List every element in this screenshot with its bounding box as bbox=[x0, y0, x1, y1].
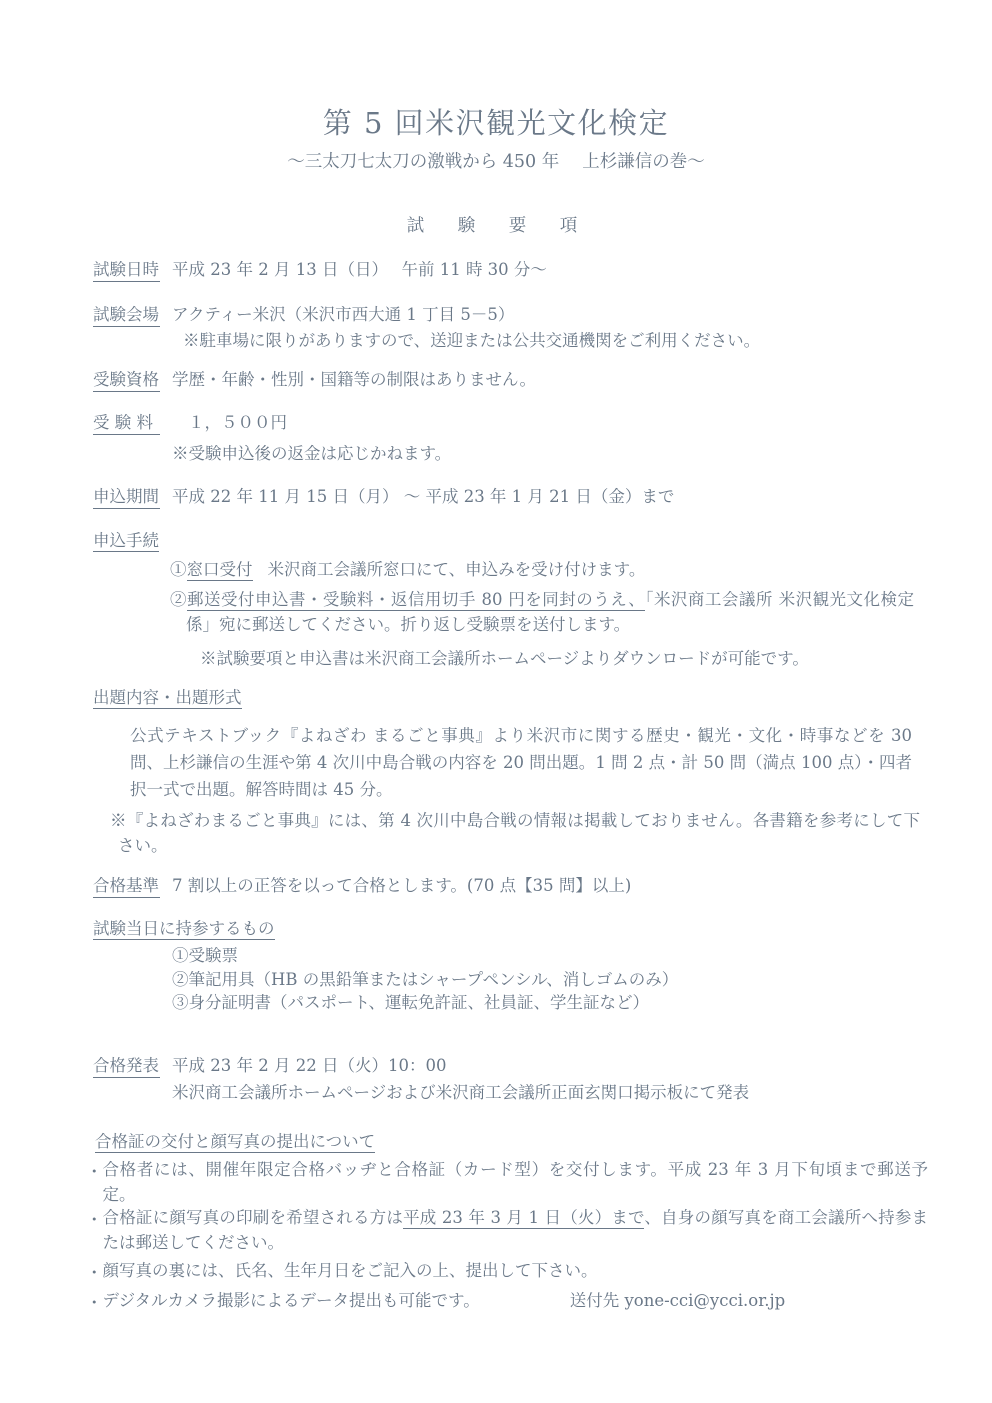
results-value-column: 平成 23 年 2 月 22 日（火）10：00 米沢商工会議所ホームページおよ… bbox=[172, 1052, 749, 1106]
bullet-marker: ・ bbox=[86, 1289, 103, 1313]
certificate-bullet-photo-deadline-text: 合格証に顔写真の印刷を希望される方は平成 23 年 3 月 1 日（火）まで、自… bbox=[103, 1206, 929, 1255]
document-page: 第 5 回米沢観光文化検定 ～三太刀七太刀の激戦から 450 年 上杉謙信の巻～… bbox=[0, 0, 992, 1403]
procedure-mail-title: 郵送受付 bbox=[187, 590, 255, 611]
application-period-label: 申込期間 bbox=[93, 483, 160, 509]
exam-datetime-value: 平成 23 年 2 月 13 日（日） 午前 11 時 30 分～ bbox=[172, 256, 547, 280]
certificate-bullet-digital-data: ・ デジタルカメラ撮影によるデータ提出も可能です。送付先 yone-cci@yc… bbox=[86, 1289, 966, 1314]
row-exam-venue: 試験会場 アクティー米沢（米沢市西大通 1 丁目 5－5） bbox=[93, 301, 514, 327]
section-heading-exam-guidelines: 試 験 要 項 bbox=[0, 212, 992, 237]
digital-data-text: デジタルカメラ撮影によるデータ提出も可能です。 bbox=[103, 1291, 480, 1310]
row-application-period: 申込期間 平成 22 年 11 月 15 日（月） ～ 平成 23 年 1 月 … bbox=[93, 483, 674, 509]
fee-note: ※受験申込後の返金は応じかねます。 bbox=[172, 440, 451, 464]
document-title: 第 5 回米沢観光文化検定 bbox=[0, 101, 992, 142]
bullet-marker: ・ bbox=[86, 1158, 103, 1182]
eligibility-value: 学歴・年齢・性別・国籍等の制限はありません。 bbox=[172, 366, 536, 390]
bring-items-section: 試験当日に持参するもの bbox=[93, 915, 275, 939]
certificate-bullet-badge: ・ 合格者には、開催年限定合格バッヂと合格証（カード型）を交付します。平成 23… bbox=[86, 1158, 928, 1207]
question-format-section: 出題内容・出題形式 bbox=[93, 684, 242, 708]
row-exam-datetime: 試験日時 平成 23 年 2 月 13 日（日） 午前 11 時 30 分～ bbox=[93, 256, 547, 282]
bullet-marker: ・ bbox=[86, 1259, 103, 1283]
procedure-mail-item: ②郵送受付申込書・受験料・返信用切手 80 円を同封のうえ、「米沢商工会議所 米… bbox=[170, 588, 914, 637]
exam-datetime-label: 試験日時 bbox=[93, 256, 160, 282]
row-passing-criteria: 合格基準 7 割以上の正答を以って合格とします。(70 点【35 問】以上) bbox=[93, 872, 631, 898]
fee-label: 受 験 料 bbox=[93, 409, 160, 435]
fee-value: １，５００円 bbox=[188, 409, 287, 433]
results-place: 米沢商工会議所ホームページおよび米沢商工会議所正面玄関口掲示板にて発表 bbox=[172, 1079, 749, 1106]
row-eligibility: 受験資格 学歴・年齢・性別・国籍等の制限はありません。 bbox=[93, 366, 536, 392]
certificate-bullet-digital-data-text: デジタルカメラ撮影によるデータ提出も可能です。送付先 yone-cci@ycci… bbox=[103, 1289, 967, 1314]
bring-items-list: ①受験票 ②筆記用具（HB の黒鉛筆またはシャープペンシル、消しゴムのみ） ③身… bbox=[172, 944, 678, 1015]
passing-criteria-value: 7 割以上の正答を以って合格とします。(70 点【35 問】以上) bbox=[172, 872, 631, 896]
photo-deadline-underlined-date: 平成 23 年 3 月 1 日（火）まで bbox=[403, 1208, 644, 1229]
exam-venue-value: アクティー米沢（米沢市西大通 1 丁目 5－5） bbox=[172, 301, 514, 325]
document-subtitle: ～三太刀七太刀の激戦から 450 年 上杉謙信の巻～ bbox=[0, 148, 992, 173]
certificate-heading: 合格証の交付と顔写真の提出について bbox=[95, 1132, 375, 1153]
certificate-bullet-photo-back: ・ 顔写真の裏には、氏名、生年月日をご記入の上、提出して下さい。 bbox=[86, 1259, 928, 1284]
results-label: 合格発表 bbox=[93, 1052, 160, 1078]
passing-criteria-label: 合格基準 bbox=[93, 872, 160, 898]
bring-items-label: 試験当日に持参するもの bbox=[93, 919, 275, 940]
question-format-paragraph: 公式テキストブック『よねざわ まるごと事典』より米沢市に関する歴史・観光・文化・… bbox=[130, 722, 912, 803]
application-procedure-label: 申込手続 bbox=[93, 531, 159, 552]
question-format-label: 出題内容・出題形式 bbox=[93, 688, 242, 709]
photo-deadline-pre: 合格証に顔写真の印刷を希望される方は bbox=[103, 1208, 404, 1227]
row-results-announcement: 合格発表 平成 23 年 2 月 22 日（火）10：00 米沢商工会議所ホーム… bbox=[93, 1052, 749, 1106]
procedure-window-title: 窓口受付 bbox=[187, 560, 253, 581]
procedure-window-item: ①窓口受付米沢商工会議所窓口にて、申込みを受け付けます。 bbox=[170, 556, 645, 580]
submission-email: 送付先 yone-cci@ycci.or.jp bbox=[570, 1291, 785, 1310]
row-fee: 受 験 料 １，５００円 bbox=[93, 409, 287, 435]
exam-venue-note: ※駐車場に限りがありますので、送迎または公共交通機関をご利用ください。 bbox=[183, 327, 760, 351]
application-procedure-section: 申込手続 bbox=[93, 527, 159, 551]
certificate-bullet-photo-deadline: ・ 合格証に顔写真の印刷を希望される方は平成 23 年 3 月 1 日（火）まで… bbox=[86, 1206, 928, 1255]
exam-venue-label: 試験会場 bbox=[93, 301, 160, 327]
bring-item-ticket: ①受験票 bbox=[172, 944, 678, 968]
certificate-section: 合格証の交付と顔写真の提出について bbox=[95, 1128, 375, 1152]
results-datetime: 平成 23 年 2 月 22 日（火）10：00 bbox=[172, 1052, 749, 1079]
certificate-bullet-badge-text: 合格者には、開催年限定合格バッヂと合格証（カード型）を交付します。平成 23 年… bbox=[103, 1158, 929, 1207]
question-format-note: ※『よねざわまるごと事典』には、第 4 次川中島合戦の情報は掲載しておりません。… bbox=[110, 809, 920, 858]
bullet-marker: ・ bbox=[86, 1206, 103, 1230]
procedure-mail-number: ② bbox=[170, 590, 187, 609]
eligibility-label: 受験資格 bbox=[93, 366, 160, 392]
bring-item-id: ③身分証明書（パスポート、運転免許証、社員証、学生証など） bbox=[172, 991, 678, 1015]
bring-item-writing-tools: ②筆記用具（HB の黒鉛筆またはシャープペンシル、消しゴムのみ） bbox=[172, 968, 678, 992]
application-period-value: 平成 22 年 11 月 15 日（月） ～ 平成 23 年 1 月 21 日（… bbox=[172, 483, 674, 507]
procedure-mail-enclosure-underlined: 申込書・受験料・返信用切手 80 円を同封のうえ、 bbox=[255, 590, 645, 611]
procedure-window-number: ① bbox=[170, 560, 187, 579]
certificate-bullet-photo-back-text: 顔写真の裏には、氏名、生年月日をご記入の上、提出して下さい。 bbox=[103, 1259, 929, 1284]
procedure-window-text: 米沢商工会議所窓口にて、申込みを受け付けます。 bbox=[268, 560, 646, 579]
procedure-download-note: ※試験要項と申込書は米沢商工会議所ホームページよりダウンロードが可能です。 bbox=[200, 645, 809, 669]
